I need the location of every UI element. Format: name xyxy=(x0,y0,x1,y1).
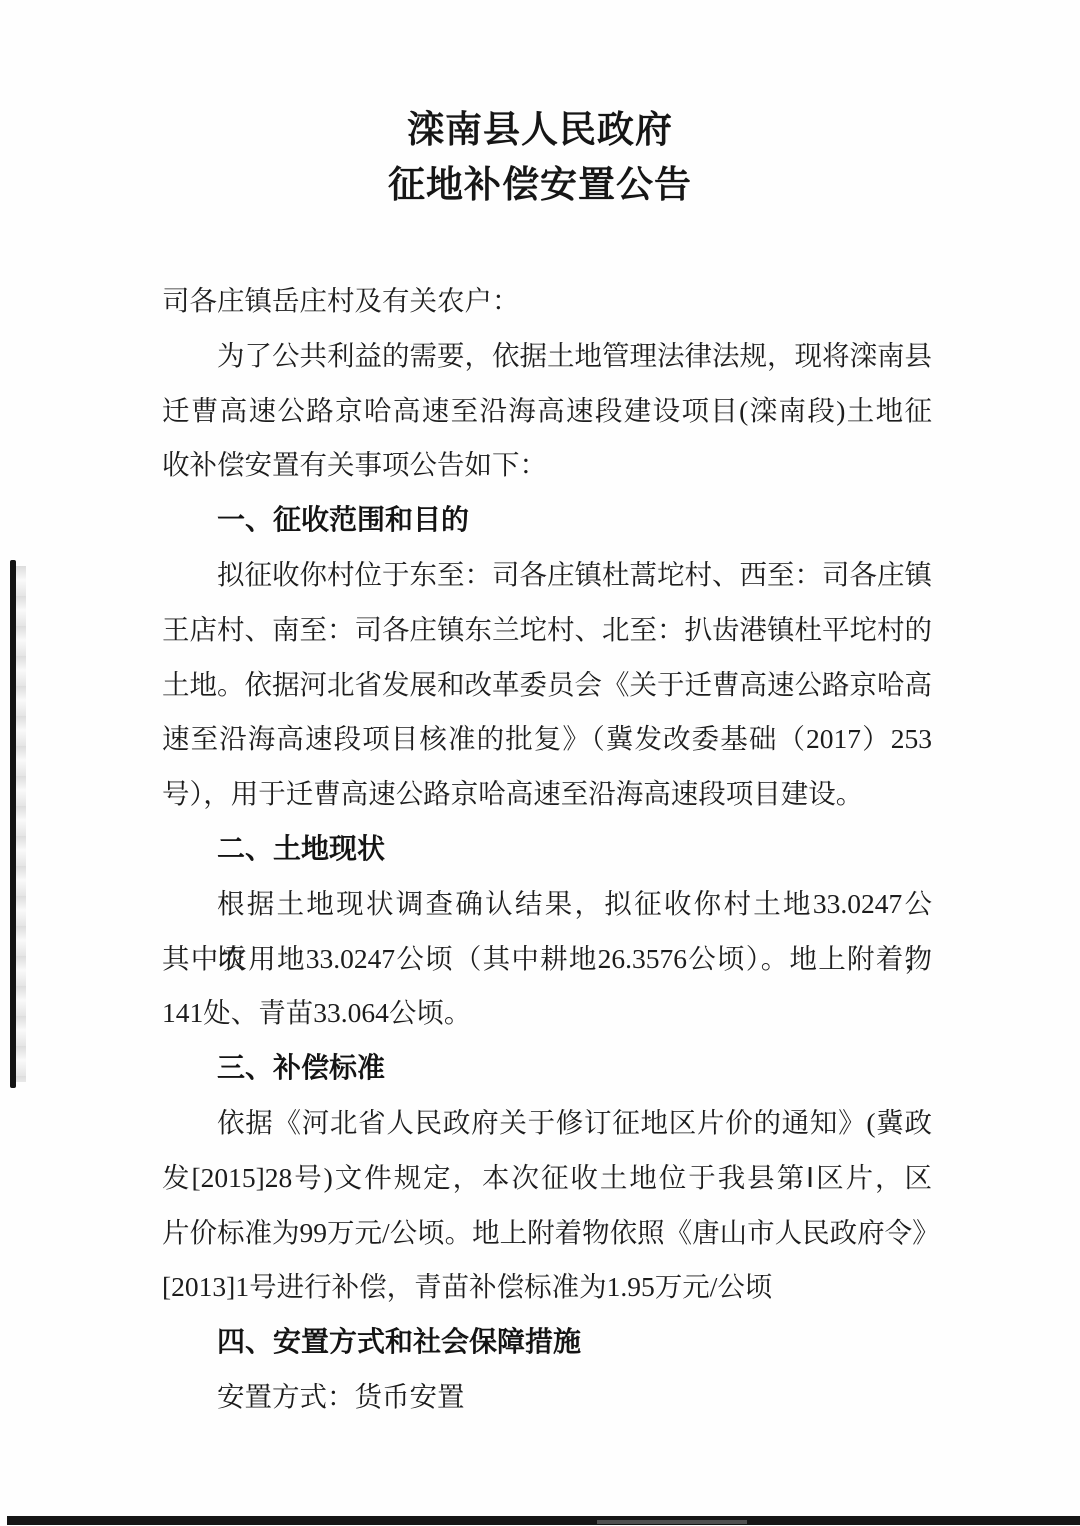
section-heading: 四、安置方式和社会保障措施 xyxy=(162,1315,932,1370)
scanned-document-page: 滦南县人民政府 征地补偿安置公告 司各庄镇岳庄村及有关农户：为了公共利益的需要，… xyxy=(0,0,1080,1526)
document-line: 收补偿安置有关事项公告如下： xyxy=(162,438,932,493)
document-line: 其中农用地33.0247公顷（其中耕地26.3576公顷）。地上附着物 xyxy=(162,932,932,987)
scan-artifact-left-bar-shadow xyxy=(16,566,26,1082)
document-line: 速至沿海高速段项目核准的批复》（冀发改委基础（2017）253 xyxy=(162,712,932,767)
document-line: 141处、青苗33.064公顷。 xyxy=(162,986,932,1041)
document-line: [2013]1号进行补偿，青苗补偿标准为1.95万元/公顷 xyxy=(162,1260,932,1315)
document-title: 滦南县人民政府 征地补偿安置公告 xyxy=(0,103,1080,213)
document-line: 王店村、南至：司各庄镇东兰坨村、北至：扒齿港镇杜平坨村的 xyxy=(162,603,932,658)
document-line: 依据《河北省人民政府关于修订征地区片价的通知》(冀政 xyxy=(162,1096,932,1151)
document-line: 拟征收你村位于东至：司各庄镇杜蒿坨村、西至：司各庄镇 xyxy=(162,548,932,603)
document-line: 安置方式：货币安置 xyxy=(162,1370,932,1425)
document-line: 根据土地现状调查确认结果，拟征收你村土地33.0247公顷， xyxy=(162,877,932,932)
section-heading: 一、征收范围和目的 xyxy=(162,493,932,548)
document-title-line1: 滦南县人民政府 xyxy=(0,103,1080,158)
document-line: 司各庄镇岳庄村及有关农户： xyxy=(162,274,932,329)
document-line: 为了公共利益的需要，依据土地管理法律法规，现将滦南县 xyxy=(162,329,932,384)
section-heading: 二、土地现状 xyxy=(162,822,932,877)
document-title-line2: 征地补偿安置公告 xyxy=(0,158,1080,213)
scan-artifact-bottom-bar-highlight xyxy=(597,1520,747,1524)
document-line: 迁曹高速公路京哈高速至沿海高速段建设项目(滦南段)土地征 xyxy=(162,384,932,439)
document-line: 片价标准为99万元/公顷。地上附着物依照《唐山市人民政府令》 xyxy=(162,1206,932,1261)
document-line: 号），用于迁曹高速公路京哈高速至沿海高速段项目建设。 xyxy=(162,767,932,822)
scan-artifact-bottom-bar xyxy=(7,1516,1080,1525)
document-line: 发[2015]28号)文件规定，本次征收土地位于我县第Ⅰ区片，区 xyxy=(162,1151,932,1206)
document-body: 司各庄镇岳庄村及有关农户：为了公共利益的需要，依据土地管理法律法规，现将滦南县迁… xyxy=(162,274,932,1425)
section-heading: 三、补偿标准 xyxy=(162,1041,932,1096)
document-line: 土地。依据河北省发展和改革委员会《关于迁曹高速公路京哈高 xyxy=(162,658,932,713)
